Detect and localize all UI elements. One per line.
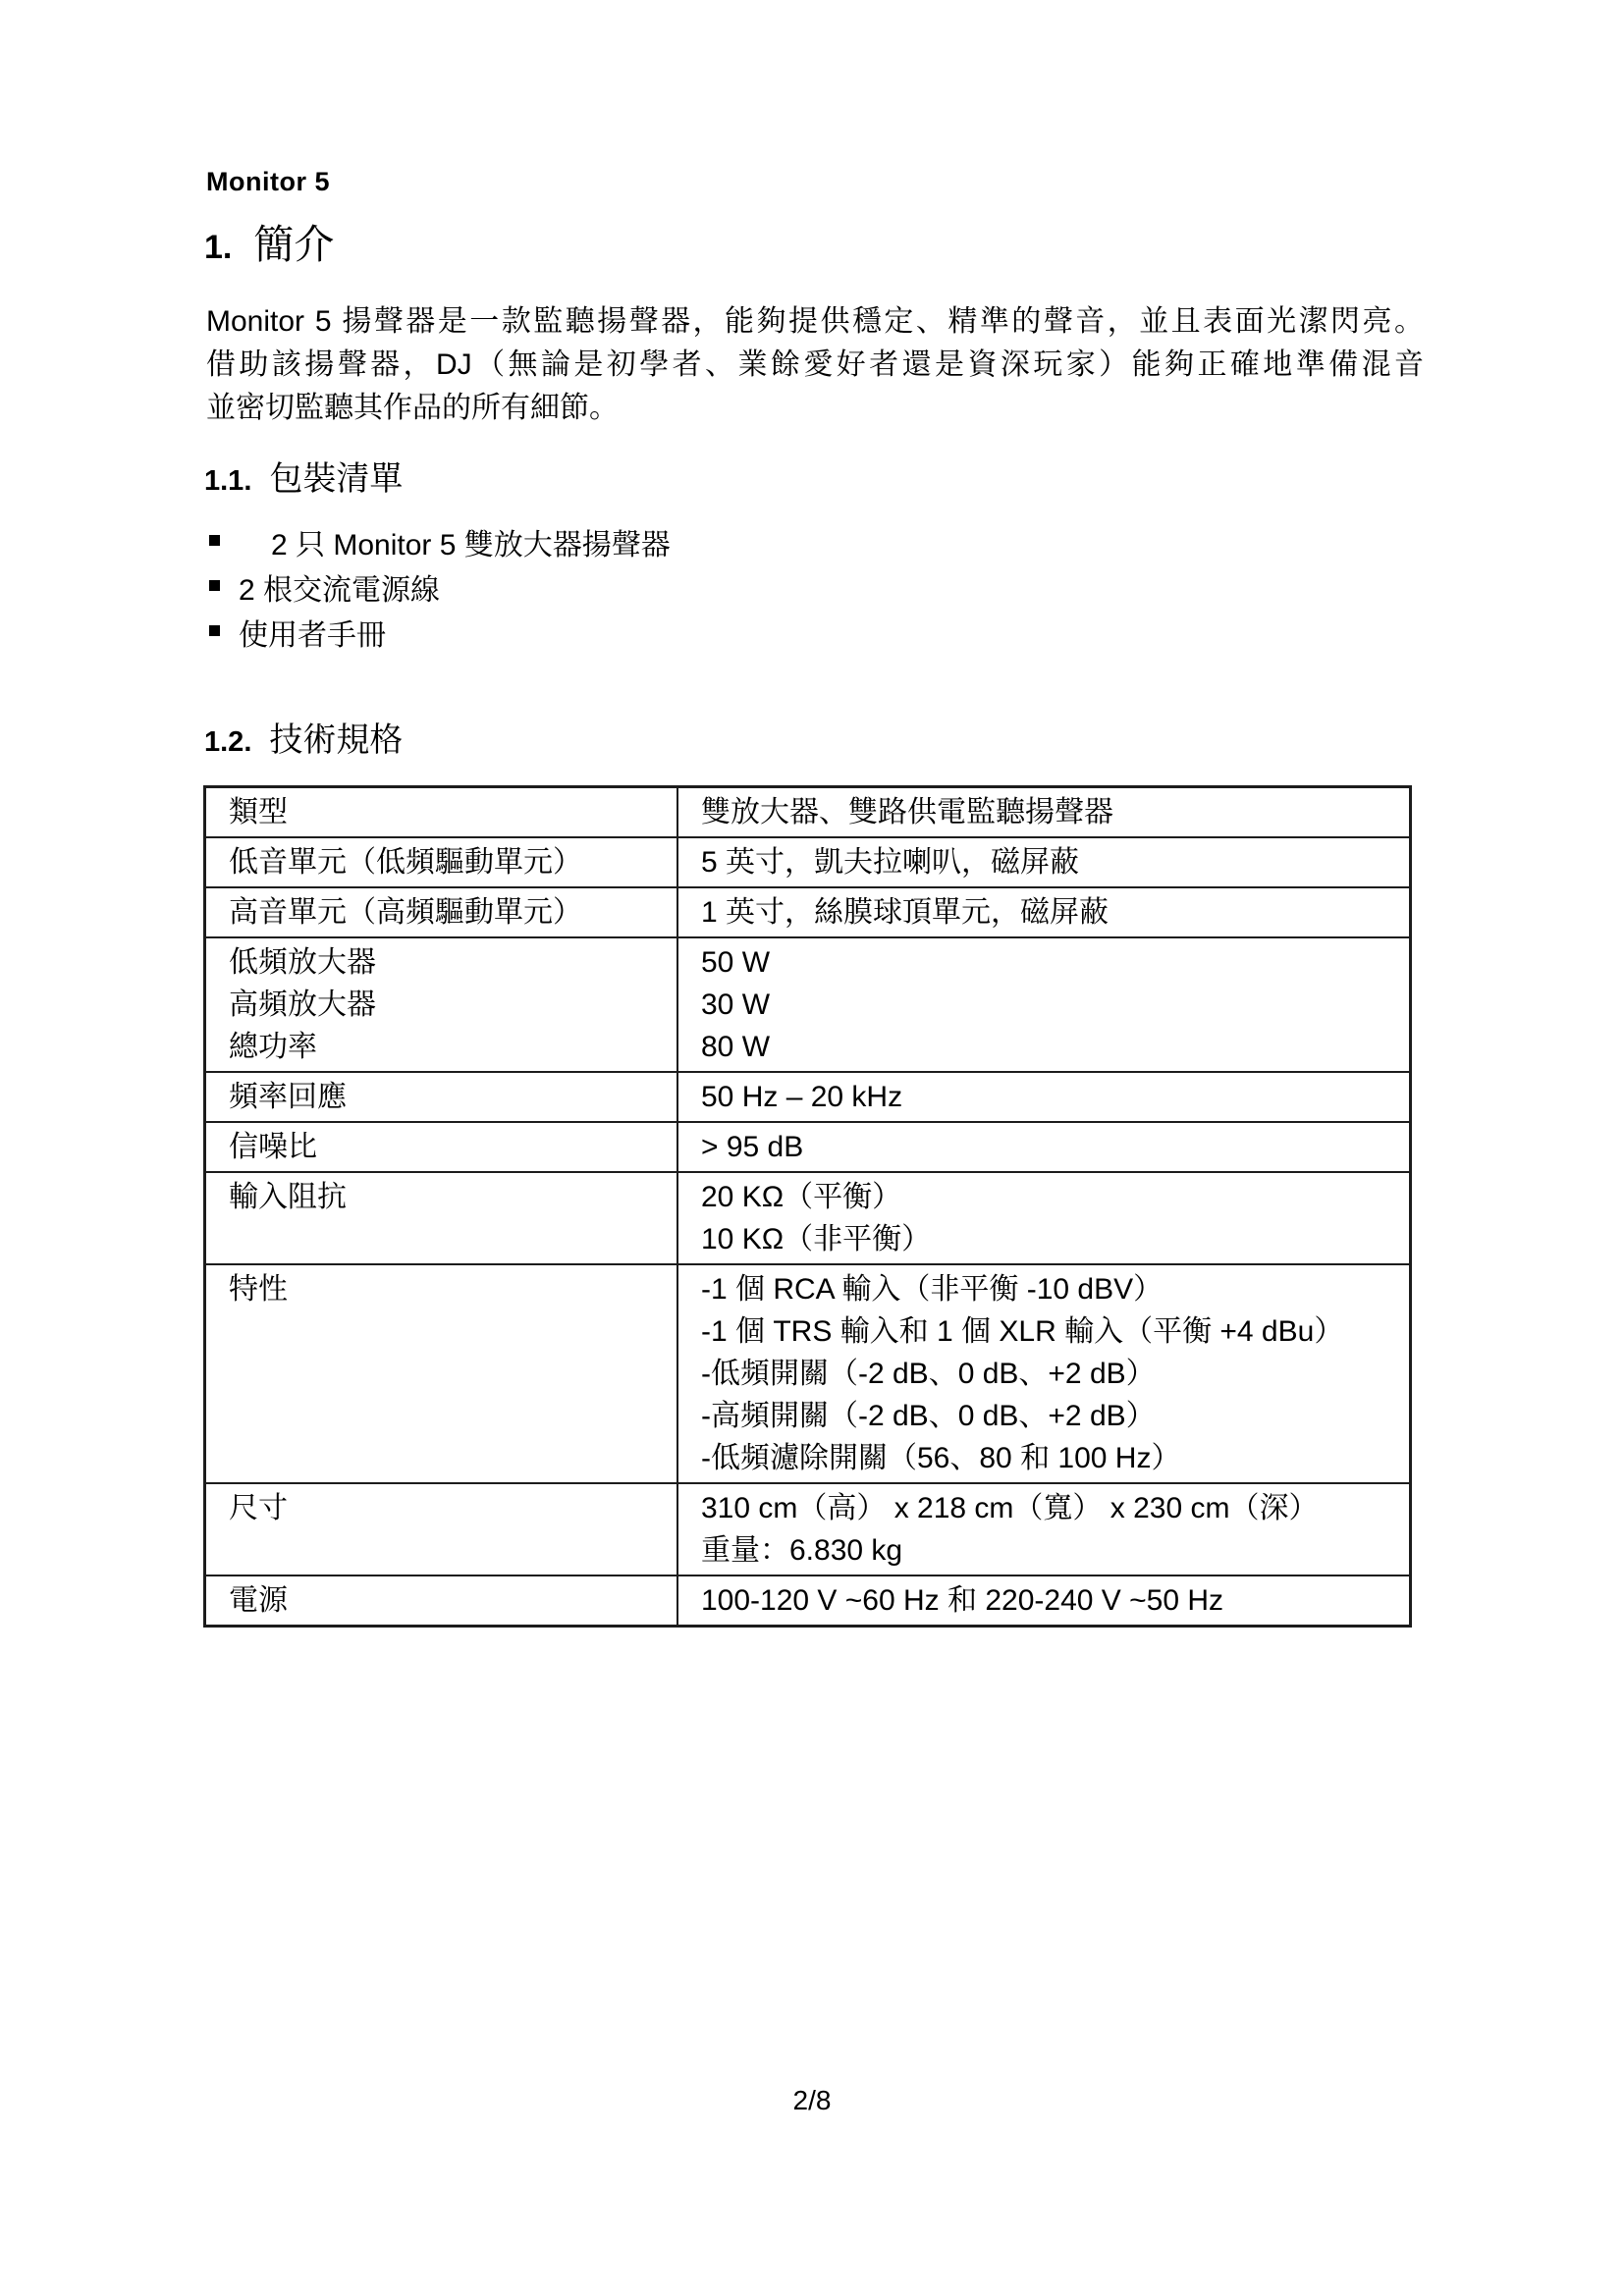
spec-label-cell: 特性	[205, 1264, 678, 1483]
list-item-text: 2 根交流電源線	[239, 565, 440, 609]
spec-value-cell: 5 英寸，凱夫拉喇叭，磁屏蔽	[677, 837, 1411, 887]
heading-title: 包裝清單	[269, 452, 403, 500]
section-heading-package-list: 1.1. 包裝清單	[204, 452, 403, 500]
heading-title: 技術規格	[269, 713, 403, 761]
table-row: 頻率回應 50 Hz – 20 kHz	[205, 1072, 1411, 1122]
spec-label-cell: 低頻放大器 高頻放大器 總功率	[205, 937, 678, 1072]
spec-label-cell: 輸入阻抗	[205, 1172, 678, 1264]
document-header: Monitor 5	[206, 167, 330, 197]
spec-label-cell: 電源	[205, 1575, 678, 1627]
table-row: 電源 100-120 V ~60 Hz 和 220-240 V ~50 Hz	[205, 1575, 1411, 1627]
intro-paragraph: Monitor 5 揚聲器是一款監聽揚聲器，能夠提供穩定、精準的聲音，並且表面光…	[206, 300, 1424, 430]
table-row: 信噪比 > 95 dB	[205, 1122, 1411, 1172]
paragraph-line: 並密切監聽其作品的所有細節。	[206, 387, 1424, 430]
table-row: 低頻放大器 高頻放大器 總功率 50 W 30 W 80 W	[205, 937, 1411, 1072]
table-row: 類型 雙放大器、雙路供電監聽揚聲器	[205, 787, 1411, 838]
square-bullet-icon	[209, 535, 220, 546]
spec-value-cell: 雙放大器、雙路供電監聽揚聲器	[677, 787, 1411, 838]
spec-value-cell: -1 個 RCA 輸入（非平衡 -10 dBV） -1 個 TRS 輸入和 1 …	[677, 1264, 1411, 1483]
spec-value-cell: > 95 dB	[677, 1122, 1411, 1172]
section-heading-intro: 1. 簡介	[204, 212, 334, 270]
list-item: 2 根交流電源線	[209, 565, 671, 611]
paragraph-line: Monitor 5 揚聲器是一款監聽揚聲器，能夠提供穩定、精準的聲音，並且表面光…	[206, 300, 1424, 344]
page-number: 2/8	[0, 2085, 1624, 2116]
spec-label-cell: 類型	[205, 787, 678, 838]
table-row: 特性 -1 個 RCA 輸入（非平衡 -10 dBV） -1 個 TRS 輸入和…	[205, 1264, 1411, 1483]
spec-value-cell: 50 Hz – 20 kHz	[677, 1072, 1411, 1122]
square-bullet-icon	[209, 625, 220, 636]
package-list: 2 只 Monitor 5 雙放大器揚聲器 2 根交流電源線 使用者手冊	[209, 520, 671, 656]
spec-label-cell: 信噪比	[205, 1122, 678, 1172]
specs-table: 類型 雙放大器、雙路供電監聽揚聲器 低音單元（低頻驅動單元） 5 英寸，凱夫拉喇…	[203, 785, 1412, 1628]
spec-value-cell: 1 英寸，絲膜球頂單元，磁屏蔽	[677, 887, 1411, 937]
heading-title: 簡介	[253, 212, 334, 270]
list-item-text: 使用者手冊	[239, 611, 386, 654]
spec-value-cell: 100-120 V ~60 Hz 和 220-240 V ~50 Hz	[677, 1575, 1411, 1627]
spec-label-cell: 低音單元（低頻驅動單元）	[205, 837, 678, 887]
spec-value-cell: 310 cm（高） x 218 cm（寬） x 230 cm（深） 重量：6.8…	[677, 1483, 1411, 1575]
list-item: 2 只 Monitor 5 雙放大器揚聲器	[209, 520, 671, 565]
section-heading-specs: 1.2. 技術規格	[204, 713, 403, 761]
spec-value-cell: 20 KΩ（平衡） 10 KΩ（非平衡）	[677, 1172, 1411, 1264]
spec-value-cell: 50 W 30 W 80 W	[677, 937, 1411, 1072]
table-row: 低音單元（低頻驅動單元） 5 英寸，凱夫拉喇叭，磁屏蔽	[205, 837, 1411, 887]
paragraph-line: 借助該揚聲器，DJ（無論是初學者、業餘愛好者還是資深玩家）能夠正確地準備混音	[206, 344, 1424, 387]
list-item-text: 2 只 Monitor 5 雙放大器揚聲器	[271, 520, 671, 563]
spec-label-cell: 尺寸	[205, 1483, 678, 1575]
spec-label-cell: 頻率回應	[205, 1072, 678, 1122]
table-row: 尺寸 310 cm（高） x 218 cm（寬） x 230 cm（深） 重量：…	[205, 1483, 1411, 1575]
heading-number: 1.	[204, 229, 232, 267]
heading-number: 1.2.	[204, 726, 251, 759]
heading-number: 1.1.	[204, 465, 251, 498]
spec-label-cell: 高音單元（高頻驅動單元）	[205, 887, 678, 937]
square-bullet-icon	[209, 580, 220, 591]
table-row: 輸入阻抗 20 KΩ（平衡） 10 KΩ（非平衡）	[205, 1172, 1411, 1264]
list-item: 使用者手冊	[209, 611, 671, 656]
table-row: 高音單元（高頻驅動單元） 1 英寸，絲膜球頂單元，磁屏蔽	[205, 887, 1411, 937]
